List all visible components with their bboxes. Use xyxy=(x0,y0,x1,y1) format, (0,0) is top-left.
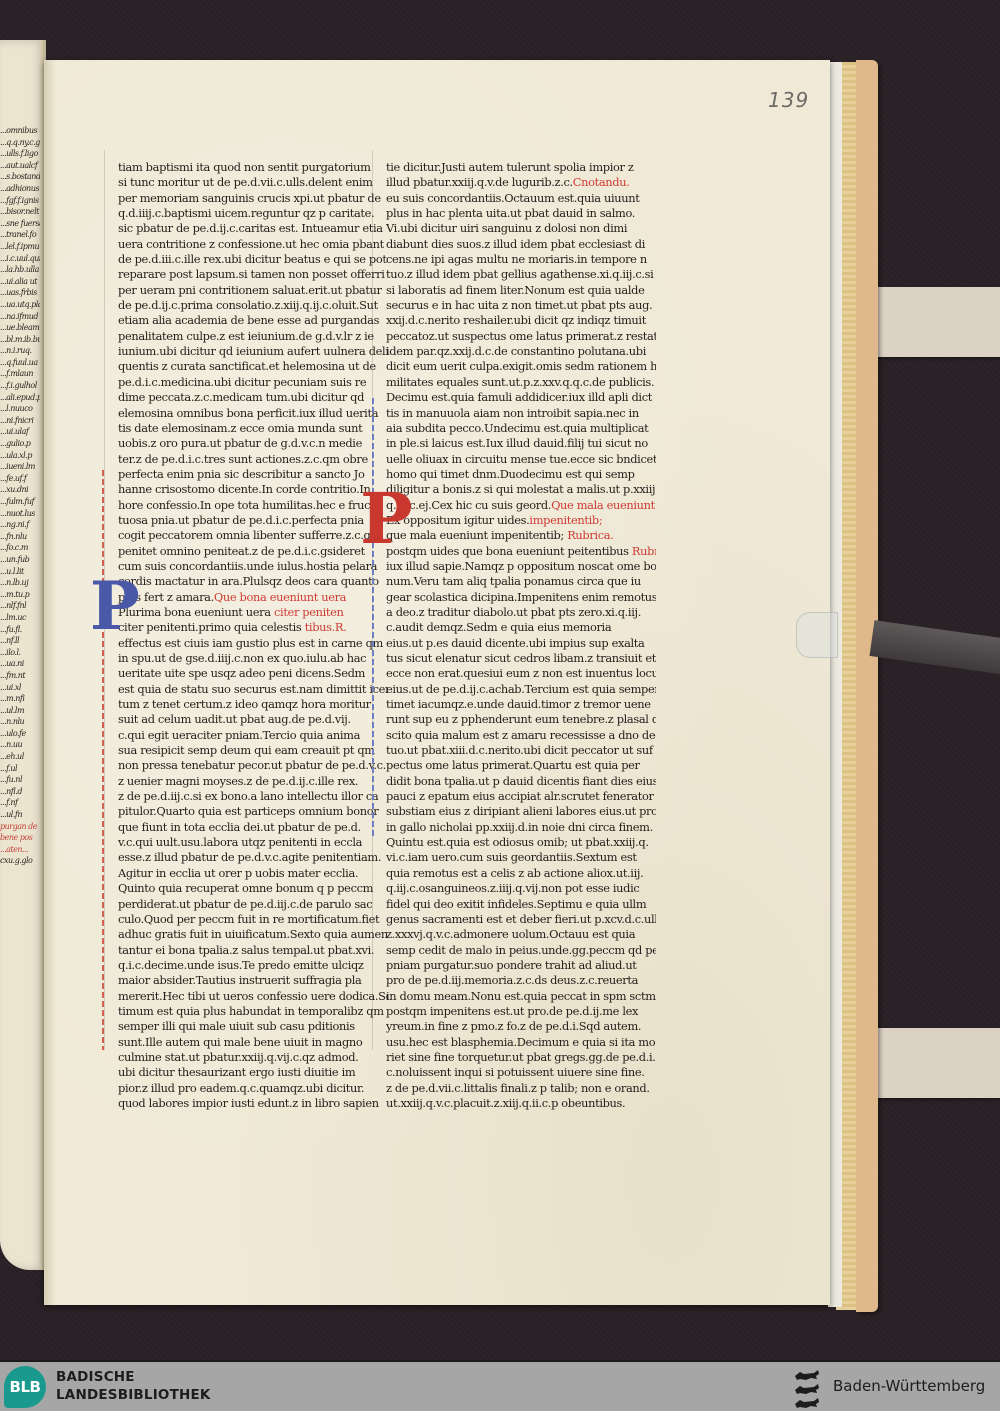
facing-page-line: ...nuot.lus xyxy=(0,508,40,520)
facing-page-line: ...ui.ulaf xyxy=(0,426,40,438)
manuscript-line: iux illud sapie.Namqz p oppositum noscat… xyxy=(386,559,656,574)
facing-page-line: ...n.nlu xyxy=(0,716,40,728)
facing-page-line: ...ni.fnicri xyxy=(0,415,40,427)
manuscript-line: est quia de statu suo securus est.nam di… xyxy=(118,682,388,697)
facing-page-line: ...ui.xl xyxy=(0,682,40,694)
manuscript-line: citer penitenti.primo quia celestis tibu… xyxy=(118,620,388,635)
blb-logo-badge[interactable]: BLB xyxy=(4,1366,46,1408)
manuscript-line: pniam purgatur.suo pondere trahit ad ali… xyxy=(386,958,656,973)
manuscript-line: tuo.z illud idem pbat gellius agathense.… xyxy=(386,267,656,282)
manuscript-line: q.iij.c.osanguineos.z.iiij.q.vij.non pot… xyxy=(386,881,656,896)
facing-page-line: ...f.i.gulhol xyxy=(0,380,40,392)
manuscript-line: que mala eueniunt impenitentib; Rubrica. xyxy=(386,528,656,543)
facing-page-line: ...q.q.ny.c.g xyxy=(0,137,40,149)
manuscript-line: diligitur a bonis.z si qui molestat a ma… xyxy=(386,482,656,497)
facing-page-line: ...s.bostand xyxy=(0,171,40,183)
facing-page-line: ...bisor.nelt xyxy=(0,206,40,218)
manuscript-line: tuo.ut pbat.xiii.d.c.nerito.ubi dicit pe… xyxy=(386,743,656,758)
manuscript-line: timet iacumqz.e.unde dauid.timor z tremo… xyxy=(386,697,656,712)
manuscript-line: perfecta enim pnia sic describitur a san… xyxy=(118,467,388,482)
manuscript-line: q.iij.c.ej.Cex hic cu suis geord.Que mal… xyxy=(386,498,656,513)
line-text: citer penitenti.primo quia celestis xyxy=(118,620,305,634)
facing-page-line: ...eh.ul xyxy=(0,751,40,763)
manuscript-line: postqm impenitens est.ut pro.de pe.d.ij.… xyxy=(386,1004,656,1019)
manuscript-line: culo.Quod per peccm fuit in re mortifica… xyxy=(118,912,388,927)
decorated-initial-p-blue: P xyxy=(90,573,140,639)
facing-page-line: ...ng.ni.f xyxy=(0,519,40,531)
facing-page-line: ...ue.bleam xyxy=(0,322,40,334)
manuscript-line: ter.z de pe.d.i.c.tres sunt actiones.z.c… xyxy=(118,452,388,467)
facing-page-line: ...uas.frbis xyxy=(0,287,40,299)
manuscript-line: militates equales sunt.ut.p.z.xxv.q.q.c.… xyxy=(386,375,656,390)
manuscript-line: diabunt dies suos.z illud idem pbat eccl… xyxy=(386,237,656,252)
manuscript-line: quia remotus est a celis z ab actione al… xyxy=(386,866,656,881)
manuscript-line: sic pbatur de pe.d.ij.c.caritas est. Int… xyxy=(118,221,388,236)
facing-page-line: ...ul.fn xyxy=(0,809,40,821)
manuscript-line: ubi dicitur thesaurizant ergo iusti diui… xyxy=(118,1065,388,1080)
manuscript-line: Plurima bona eueniunt uera citer peniten xyxy=(118,605,388,620)
manuscript-line: in spu.ut de gse.d.iiij.c.non ex quo.iul… xyxy=(118,651,388,666)
manuscript-line: quentis z curata sanctificat.et helemosi… xyxy=(118,359,388,374)
manuscript-line: esse.z illud pbatur de pe.d.v.c.agite pe… xyxy=(118,850,388,865)
manuscript-line: reparare post lapsum.si tamen non posset… xyxy=(118,267,388,282)
manuscript-line: fidel qui deo exitit infideles.Septimu e… xyxy=(386,897,656,912)
facing-page-line: ...bl.m.ib.bur xyxy=(0,334,40,346)
line-text: postqm uides que bona eueniunt peitentib… xyxy=(386,544,632,558)
facing-page-line: ...ulo.fe xyxy=(0,728,40,740)
line-text: illud pbatur.xxiij.q.v.de lugurib.z.c. xyxy=(386,175,573,189)
facing-page-line: ...adhionus xyxy=(0,183,40,195)
manuscript-line: z de pe.d.vii.c.littalis finali.z p tali… xyxy=(386,1081,656,1096)
binding-board xyxy=(856,60,878,1312)
facing-page-line: ...n.uu xyxy=(0,739,40,751)
facing-page-line: ...un.fub xyxy=(0,554,40,566)
manuscript-line: genus sacramenti est et deber fieri.ut p… xyxy=(386,912,656,927)
facing-page-rubric: ...aten... xyxy=(0,844,40,856)
manuscript-line: xxij.d.c.nerito reshailer.ubi dicit qz i… xyxy=(386,313,656,328)
manuscript-line: tantur ei bona tpalia.z salus tempal.ut … xyxy=(118,943,388,958)
manuscript-line: perdiderat.ut pbatur de pe.d.iij.c.de pa… xyxy=(118,897,388,912)
facing-page-line: ...f.mlaun xyxy=(0,368,40,380)
facing-page-line: ...xu.dni xyxy=(0,484,40,496)
facing-page-line: ...ua.utq.pla xyxy=(0,299,40,311)
facing-page-text-fragments: ...omnibus que...q.q.ny.c.g...ulls.f.lig… xyxy=(0,125,40,867)
manuscript-line: z.xxxvj.q.v.c.admonere uolum.Octauu est … xyxy=(386,927,656,942)
manuscript-line: pro de pe.d.iij.memoria.z.c.ds deus.z.c.… xyxy=(386,973,656,988)
manuscript-line: si laboratis ad finem liter.Nonum est qu… xyxy=(386,283,656,298)
manuscript-line: non pressa tenebatur pecor.ut pbatur de … xyxy=(118,758,388,773)
facing-page-line: ...ul.lm xyxy=(0,705,40,717)
facing-page-line: ...f.nf xyxy=(0,797,40,809)
facing-page-left: ...omnibus que...q.q.ny.c.g...ulls.f.lig… xyxy=(0,40,46,1270)
manuscript-line: cum suis concordantiis.unde iulus.hostia… xyxy=(118,559,388,574)
manuscript-line: semp cedit de malo in peius.unde.gg.pecc… xyxy=(386,943,656,958)
viewer-footer: BLB BADISCHE LANDESBIBLIOTHEK Baden-Würt… xyxy=(0,1360,1000,1411)
text-column-right: tie dicitur.Justi autem tulerunt spolia … xyxy=(386,160,656,1111)
manuscript-line: cogit peccatorem omnia libenter sufferre… xyxy=(118,528,388,543)
manuscript-line: hore confessio.In ope tota humilitas.hec… xyxy=(118,498,388,513)
manuscript-line: uelle oliuax in circuitu mense tue.ecce … xyxy=(386,452,656,467)
rubric-text: citer peniten xyxy=(274,605,344,619)
manuscript-line: c.audit demqz.Sedm e quia eius memoria xyxy=(386,620,656,635)
facing-page-line: ...ali.epud.p xyxy=(0,392,40,404)
facing-page-line: ...fe.uf.f xyxy=(0,473,40,485)
manuscript-line: tuosa pnia.ut pbatur de pe.d.i.c.perfect… xyxy=(118,513,388,528)
manuscript-line: gear scolastica dicipina.Impenitens enim… xyxy=(386,590,656,605)
manuscript-line: culmine stat.ut pbatur.xxiij.q.vij.c.qz … xyxy=(118,1050,388,1065)
manuscript-line: illud pbatur.xxiij.q.v.de lugurib.z.c.Cn… xyxy=(386,175,656,190)
lions-coat-of-arms-icon xyxy=(792,1367,822,1409)
manuscript-line: penitet omnino peniteat.z de pe.d.i.c.gs… xyxy=(118,544,388,559)
rubric-text: tibus.R. xyxy=(305,620,347,634)
manuscript-line: aia subdita pecco.Undecimu est.quia mult… xyxy=(386,421,656,436)
facing-page-line: ...tranel.fo xyxy=(0,229,40,241)
manuscript-line: ut.xxiij.q.v.c.placuit.z.xiij.q.ii.c.p o… xyxy=(386,1096,656,1111)
facing-page-line: ...q.fuul.ua xyxy=(0,357,40,369)
manuscript-line: a deo.z traditur diabolo.ut pbat pts zer… xyxy=(386,605,656,620)
manuscript-line: usu.hec est blasphemia.Decimum e quia si… xyxy=(386,1035,656,1050)
manuscript-line: Vi.ubi dicitur uiri sanguinu z dolosi no… xyxy=(386,221,656,236)
manuscript-line: adhuc gratis fuit in uiuificatum.Sexto q… xyxy=(118,927,388,942)
facing-page-line: ...f.ul xyxy=(0,763,40,775)
manuscript-line: runt sup eu z pphenderunt eum tenebre.z … xyxy=(386,712,656,727)
facing-page-line: ...ula.xl.p xyxy=(0,450,40,462)
rubric-text: impenitentib; xyxy=(529,513,602,527)
glass-page-holder xyxy=(796,612,838,658)
manuscript-line: quod labores impior iusti edunt.z in lib… xyxy=(118,1096,388,1111)
facing-page-line: ...nfl.d xyxy=(0,786,40,798)
manuscript-line: hanne crisostomo dicente.In corde contri… xyxy=(118,482,388,497)
manuscript-line: securus e in hac uita z non timet.ut pba… xyxy=(386,298,656,313)
rubric-text: Rubri. xyxy=(632,544,656,558)
manuscript-line: substiam eius z diripiant alieni labores… xyxy=(386,804,656,819)
blb-logo-line2: LANDESBIBLIOTHEK xyxy=(56,1386,211,1404)
manuscript-line: Agitur in ecclia ut orer p uobis mater e… xyxy=(118,866,388,881)
manuscript-line: sua resipicit semp deum qui eam creauit … xyxy=(118,743,388,758)
facing-page-rubric: bene pos xyxy=(0,832,40,844)
manuscript-line: scito quia malum est z amaru recessisse … xyxy=(386,728,656,743)
manuscript-line: semper illi qui male uiuit sub casu pdit… xyxy=(118,1019,388,1034)
manuscript-line: de pe.d.ij.c.prima consolatio.z.xiij.q.i… xyxy=(118,298,388,313)
manuscript-line: tis in manuuola aiam non introibit sapia… xyxy=(386,406,656,421)
facing-page-line: ...fulm.fuf xyxy=(0,496,40,508)
manuscript-line: sunt.Ille autem qui male bene uiuit in m… xyxy=(118,1035,388,1050)
manuscript-line: pauci z epatum eius accipiat alr.scrutet… xyxy=(386,789,656,804)
manuscript-line: q.i.c.decime.unde isus.Te predo emitte u… xyxy=(118,958,388,973)
manuscript-line: suit ad celum uadit.ut pbat aug.de pe.d.… xyxy=(118,712,388,727)
manuscript-line: peccatoz.ut suspectus ome latus primerat… xyxy=(386,329,656,344)
facing-page-line: cxu.g.glo xyxy=(0,855,40,867)
facing-page-line: ...n.lb.uj xyxy=(0,577,40,589)
manuscript-line: maior absider.Tautius instruerit suffrag… xyxy=(118,973,388,988)
facing-page-line: ...iueni.lm xyxy=(0,461,40,473)
facing-page-line: ...na.ifmud xyxy=(0,311,40,323)
manuscript-line: dime peccata.z.c.medicam tum.ubi dicitur… xyxy=(118,390,388,405)
manuscript-line: pectus ome latus primerat.Quartu est qui… xyxy=(386,758,656,773)
facing-page-line: ...n.i.ruq. xyxy=(0,345,40,357)
manuscript-line: v.c.qui uult.usu.labora utqz penitenti i… xyxy=(118,835,388,850)
facing-page-rubric: purgan de xyxy=(0,821,40,833)
manuscript-line: eu suis concordantiis.Octauum est.quia u… xyxy=(386,191,656,206)
clasp-strap-upper xyxy=(876,287,1000,357)
facing-page-line: ...m.tu.p xyxy=(0,589,40,601)
manuscript-line: plus in hac plenta uita.ut pbat dauid in… xyxy=(386,206,656,221)
manuscript-line: riet sine fine torquetur.ut pbat gregs.g… xyxy=(386,1050,656,1065)
facing-page-line: ...ua.ni xyxy=(0,658,40,670)
manuscript-line: uobis.z oro pura.ut pbatur de g.d.v.c.n … xyxy=(118,436,388,451)
manuscript-line: pe.d.i.c.medicina.ubi dicitur pecuniam s… xyxy=(118,375,388,390)
manuscript-line: tie dicitur.Justi autem tulerunt spolia … xyxy=(386,160,656,175)
manuscript-line: didit bona tpalia.ut p dauid dicentis fi… xyxy=(386,774,656,789)
rubric-text: Que bona eueniunt uera xyxy=(214,590,346,604)
manuscript-line: elemosina omnibus bona perficit.iux illu… xyxy=(118,406,388,421)
facing-page-line: ...lel.f.ipmu xyxy=(0,241,40,253)
manuscript-line: postqm uides que bona eueniunt peitentib… xyxy=(386,544,656,559)
manuscript-line: uera contritione z confessione.ut hec om… xyxy=(118,237,388,252)
manuscript-line: etiam alia academia de bene esse ad purg… xyxy=(118,313,388,328)
clasp-strap-lower xyxy=(876,1028,1000,1098)
text-column-left: tiam baptismi ita quod non sentit purgat… xyxy=(118,160,388,1111)
manuscript-line: tis date elemosinam.z ecce omia munda su… xyxy=(118,421,388,436)
facing-page-line: ...la.hb.ulla xyxy=(0,264,40,276)
manuscript-line: iunium.ubi dicitur qd ieiunium aufert uu… xyxy=(118,344,388,359)
manuscript-line: idem par.qz.xxij.d.c.de constantino polu… xyxy=(386,344,656,359)
facing-page-line: ...ulls.f.ligo xyxy=(0,148,40,160)
manuscript-line: tus sicut elenatur sicut cedros libam.z … xyxy=(386,651,656,666)
facing-page-line: ...fgf.f.ignis xyxy=(0,195,40,207)
facing-page-line: ...nf.ll xyxy=(0,635,40,647)
facing-page-line: ...fn.nlu xyxy=(0,531,40,543)
manuscript-line: Quintu est.quia est odiosus omib; ut pba… xyxy=(386,835,656,850)
manuscript-line: z de pe.d.iij.c.si ex bono.a lano intell… xyxy=(118,789,388,804)
facing-page-line: ...fu.fl. xyxy=(0,624,40,636)
baden-wuerttemberg-logo-text[interactable]: Baden-Württemberg xyxy=(833,1377,985,1395)
manuscript-line: num.Veru tam aliq tpalia ponamus circa q… xyxy=(386,574,656,589)
manuscript-line: in domu meam.Nonu est.quia peccat in spm… xyxy=(386,989,656,1004)
line-text: Plurima bona eueniunt uera xyxy=(118,605,274,619)
manuscript-line: c.noluissent inqui si potuissent uiuere … xyxy=(386,1065,656,1080)
blb-logo-line1: BADISCHE xyxy=(56,1368,211,1386)
rubric-text: Que mala eueniunt xyxy=(551,498,655,512)
page-fore-edge xyxy=(828,62,842,1307)
manuscript-line: c.qui egit ueraciter pniam.Tercio quia a… xyxy=(118,728,388,743)
manuscript-line: de pe.d.iii.c.ille rex.ubi dicitur beatu… xyxy=(118,252,388,267)
manuscript-line: cordis mactatur in ara.Plulsqz deos cara… xyxy=(118,574,388,589)
manuscript-line: tum z tenet certum.z ideo qamqz hora mor… xyxy=(118,697,388,712)
facing-page-line: ...u.l.lit xyxy=(0,566,40,578)
facing-page-line: ...fm.nt xyxy=(0,670,40,682)
facing-page-line: ...fo.c.m xyxy=(0,542,40,554)
manuscript-line: Quinto quia recuperat omne bonum q p pec… xyxy=(118,881,388,896)
rubric-text: Rubrica. xyxy=(567,528,613,542)
facing-page-line: ...ilo.l. xyxy=(0,647,40,659)
facing-page-line: ...fu.nl xyxy=(0,774,40,786)
facing-page-line: ...nlf.fnl xyxy=(0,600,40,612)
manuscript-line: in ple.si laicus est.Iux illud dauid.fil… xyxy=(386,436,656,451)
manuscript-line: eius.ut de pe.d.ij.c.achab.Tercium est q… xyxy=(386,682,656,697)
facing-page-line: ...aut.ualcf xyxy=(0,160,40,172)
manuscript-line: tiam baptismi ita quod non sentit purgat… xyxy=(118,160,388,175)
manuscript-line: yreum.in fine z pmo.z fo.z de pe.d.i.Sqd… xyxy=(386,1019,656,1034)
manuscript-line: dicit eum uerit culpa.exigit.omis sedm r… xyxy=(386,359,656,374)
manuscript-line: timum est quia plus habundat in temporal… xyxy=(118,1004,388,1019)
manuscript-line: pior.z illud pro eadem.q.c.quamqz.ubi di… xyxy=(118,1081,388,1096)
facing-page-line: ...ui.alia ut xyxy=(0,276,40,288)
facing-page-line: ...m.nfi xyxy=(0,693,40,705)
manuscript-line: in gallo nicholai pp.xxiij.d.in noie dni… xyxy=(386,820,656,835)
manuscript-line: per memoriam sanguinis crucis xpi.ut pba… xyxy=(118,191,388,206)
manuscript-line: eius.ut p.es dauid dicente.ubi impius su… xyxy=(386,636,656,651)
manuscript-line: plus fert z amara.Que bona eueniunt uera xyxy=(118,590,388,605)
manuscript-line: effectus est ciuis iam gustio plus est i… xyxy=(118,636,388,651)
facing-page-line: ...lm.uc xyxy=(0,612,40,624)
facing-page-line: ...sne fuersa xyxy=(0,218,40,230)
facing-page-line: ...i.c.uul.qui xyxy=(0,253,40,265)
manuscript-line: ecce non erat.quesiui eum z non est inue… xyxy=(386,666,656,681)
pen-flourish-blue xyxy=(372,398,374,838)
manuscript-line: pitulor.Quarto quia est particeps omnium… xyxy=(118,804,388,819)
manuscript-line: z uenier magni moyses.z de pe.d.ij.c.ill… xyxy=(118,774,388,789)
decorated-initial-p-red: P xyxy=(360,484,413,554)
rubric-text: Cnotandu. xyxy=(573,175,630,189)
manuscript-line: per ueram pni contritionem saluat.erit.u… xyxy=(118,283,388,298)
pen-flourish-red xyxy=(102,470,104,1050)
manuscript-line: q.d.iiij.c.baptismi uicem.reguntur qz p … xyxy=(118,206,388,221)
manuscript-line: Ex oppositum igitur uides.impenitentib; xyxy=(386,513,656,528)
manuscript-line: mererit.Hec tibi ut ueros confessio uere… xyxy=(118,989,388,1004)
manuscript-line: vi.c.iam uero.cum suis geordantiis.Sextu… xyxy=(386,850,656,865)
manuscript-line: si tunc moritur ut de pe.d.vii.c.ulls.de… xyxy=(118,175,388,190)
manuscript-line: Decimu est.quia famuli addidicer.iux ill… xyxy=(386,390,656,405)
manuscript-line: ueritate uite spe usqz adeo peni dicens.… xyxy=(118,666,388,681)
manuscript-line: homo qui timet dnm.Duodecimu est qui sem… xyxy=(386,467,656,482)
facing-page-line: ...gulio.p xyxy=(0,438,40,450)
facing-page-line: ...l.nuuco xyxy=(0,403,40,415)
folio-gutter-shadow xyxy=(44,60,56,1305)
blb-logo-text[interactable]: BADISCHE LANDESBIBLIOTHEK xyxy=(56,1368,211,1404)
manuscript-line: penalitatem culpe.z est ieiunium.de g.d.… xyxy=(118,329,388,344)
facing-page-line: ...omnibus que xyxy=(0,125,40,137)
manuscript-line: que fiunt in tota ecclia dei.ut pbatur d… xyxy=(118,820,388,835)
manuscript-line: cens.ne ipi agas multu ne moriaris.in te… xyxy=(386,252,656,267)
folio-number: 139 xyxy=(768,88,809,112)
line-text: que mala eueniunt impenitentib; xyxy=(386,528,567,542)
